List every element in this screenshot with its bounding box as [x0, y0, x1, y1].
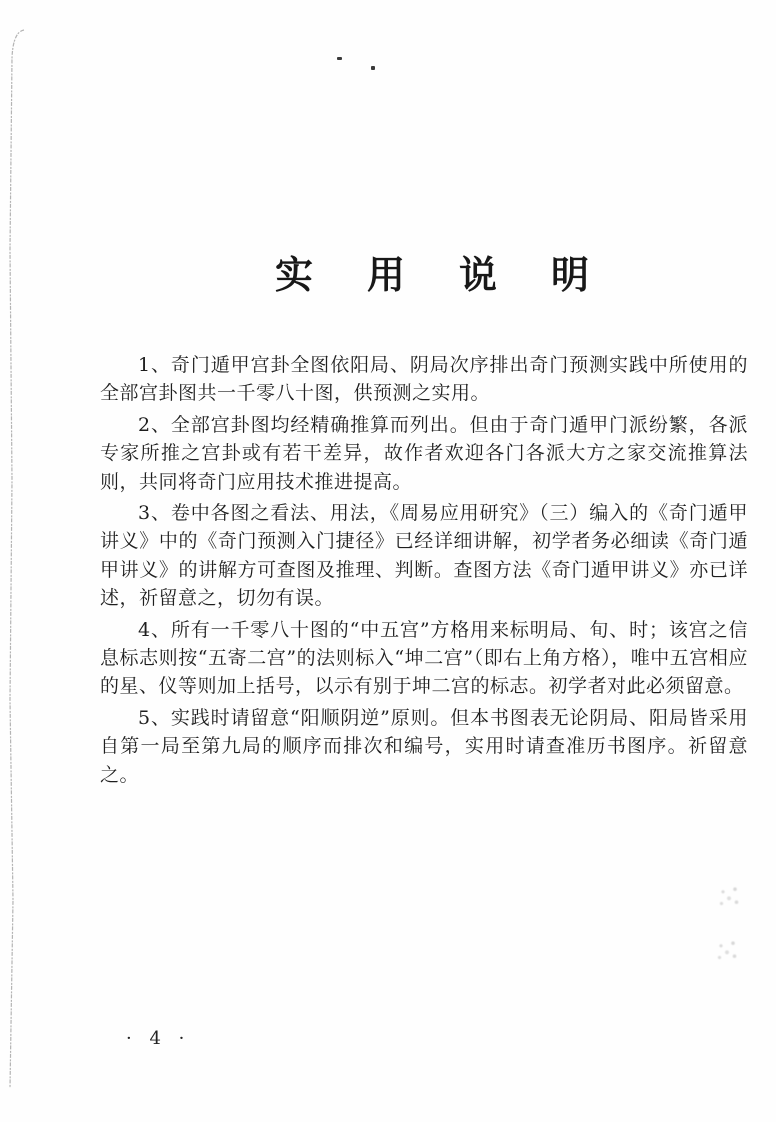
- paragraph-4: 4、所有一千零八十图的“中五宫”方格用来标明局、旬、时；该宫之信息标志则按“五寄…: [100, 616, 748, 701]
- bleed-through-smudge: [712, 938, 742, 964]
- paragraph-2: 2、全部宫卦图均经精确推算而列出。但由于奇门遁甲门派纷繁，各派专家所推之宫卦或有…: [100, 411, 748, 496]
- text-block: 实 用 说 明 1、奇门遁甲宫卦全图依阳局、阴局次序排出奇门预测实践中所使用的全…: [100, 0, 748, 792]
- scan-artifact-binding-line: [0, 0, 34, 1122]
- page-title: 实 用 说 明: [112, 244, 760, 299]
- bleed-through-smudge: [714, 884, 744, 910]
- paragraph-3: 3、卷中各图之看法、用法，《周易应用研究》（三）编入的《奇门遁甲讲义》中的《奇门…: [100, 499, 748, 613]
- scanned-book-page: 实 用 说 明 1、奇门遁甲宫卦全图依阳局、阴局次序排出奇门预测实践中所使用的全…: [0, 0, 776, 1122]
- paragraph-1: 1、奇门遁甲宫卦全图依阳局、阴局次序排出奇门预测实践中所使用的全部宫卦图共一千零…: [100, 351, 748, 408]
- paragraph-5: 5、实践时请留意“阳顺阴逆”原则。但本书图表无论阴局、阳局皆采用自第一局至第九局…: [100, 704, 748, 789]
- page-number: · 4 ·: [126, 1028, 190, 1049]
- body-text: 1、奇门遁甲宫卦全图依阳局、阴局次序排出奇门预测实践中所使用的全部宫卦图共一千零…: [100, 351, 748, 789]
